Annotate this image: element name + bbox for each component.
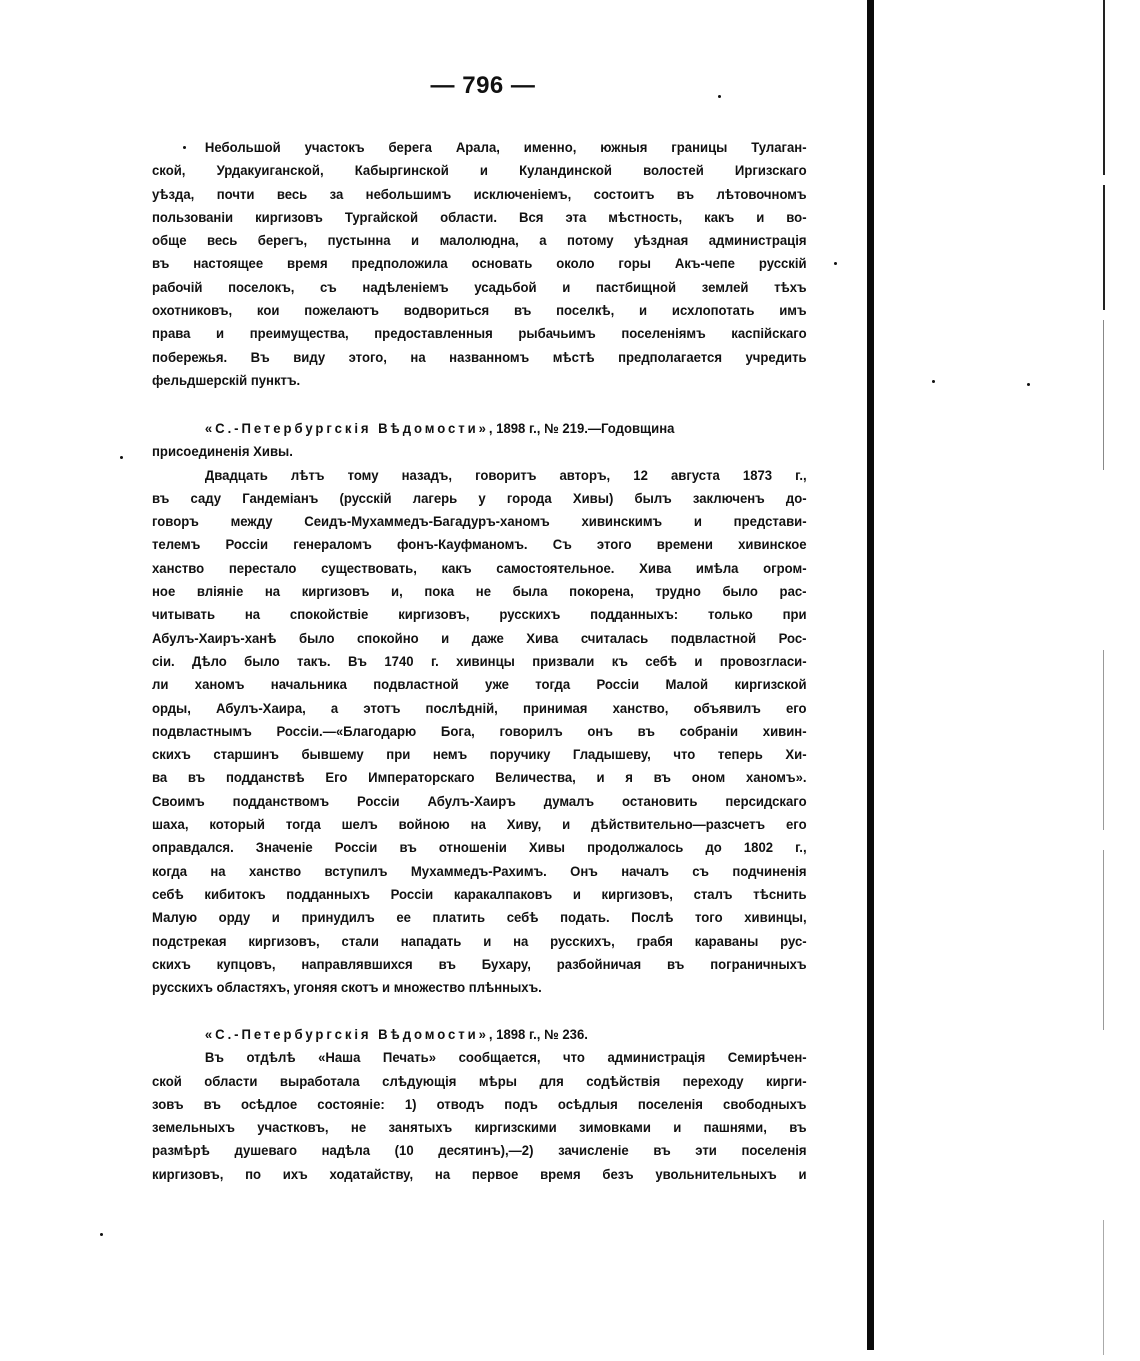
- word: 12: [633, 464, 648, 487]
- word: началъ: [621, 860, 669, 883]
- newspaper-title: «С.-Петербургскія Вѣдомости»: [205, 1027, 489, 1042]
- word: уѣздная: [634, 229, 688, 252]
- word: Послѣ: [631, 906, 673, 929]
- page-gutter-rule: [867, 0, 874, 1350]
- word: русскихъ,: [550, 930, 615, 953]
- text-line: шаха,которыйтогдашелъвойноюнаХиву,идѣйст…: [152, 813, 807, 836]
- word: его: [786, 813, 807, 836]
- word: въ: [204, 1093, 221, 1116]
- word: имѣла: [696, 557, 739, 580]
- word: и: [216, 322, 224, 345]
- word: скихъ: [152, 743, 191, 766]
- text-line: скихъкупцовъ,направлявшихсявъБухару,разб…: [152, 953, 807, 976]
- word: ханомъ».: [746, 766, 807, 789]
- word: теперь: [718, 743, 763, 766]
- word: ва: [152, 766, 167, 789]
- word: границы: [671, 136, 727, 159]
- word: ли: [152, 673, 168, 696]
- text-line: пользованіикиргизовъТургайскойобласти.Вс…: [152, 206, 807, 229]
- word: Печать»: [383, 1046, 436, 1069]
- word: Акъ-чепе: [675, 252, 735, 275]
- word: и: [441, 627, 449, 650]
- text-line: зовъвъосѣдлоесостояніе:1)отводъподъосѣдл…: [152, 1093, 807, 1116]
- word: киргизскими: [475, 1116, 557, 1139]
- word: зовъ: [152, 1093, 184, 1116]
- scan-speck: [718, 95, 721, 98]
- text-line: размѣрѣдушевагонадѣла(10десятинъ),—2)зач…: [152, 1139, 807, 1162]
- word: Малую: [152, 906, 197, 929]
- word: земельныхъ: [152, 1116, 235, 1139]
- word: (русскій: [340, 487, 392, 510]
- text-line: Двадцатьлѣтътомуназадъ,говоритъавторъ,12…: [152, 464, 807, 487]
- word: съ: [320, 276, 337, 299]
- word: августа: [671, 464, 720, 487]
- word: надѣленіемъ: [362, 276, 448, 299]
- word: зачисленіе: [558, 1139, 629, 1162]
- word: Императорскаго: [368, 766, 474, 789]
- word: для: [539, 1070, 563, 1093]
- word: Урдакуиганской,: [217, 159, 324, 182]
- word: увольнительныхъ: [655, 1163, 776, 1186]
- word: киргизовъ,: [602, 883, 673, 906]
- word: на: [435, 1163, 450, 1186]
- word: генераломъ: [293, 533, 372, 556]
- scan-speck: [183, 146, 186, 149]
- word: поселокъ,: [228, 276, 294, 299]
- word: рабочій: [152, 276, 202, 299]
- text-line: вънастоящеевремяпредположилаосноватьокол…: [152, 252, 807, 275]
- word: ее: [396, 906, 411, 929]
- word: между: [231, 510, 273, 533]
- word: Абулъ-Хаиръ-ханѣ: [152, 627, 276, 650]
- word: и: [639, 299, 647, 322]
- word: существовать,: [321, 557, 417, 580]
- word: состоитъ: [594, 183, 655, 206]
- page-edge-rule: [1103, 0, 1105, 175]
- word: имъ: [779, 299, 806, 322]
- word: поселенія: [742, 1139, 807, 1162]
- word: Россіи: [225, 533, 268, 556]
- word: уѣзда,: [152, 183, 194, 206]
- word: поручику: [490, 743, 551, 766]
- word: продолжалось: [587, 836, 683, 859]
- word: подстрекая: [152, 930, 226, 953]
- word: и: [694, 510, 702, 533]
- word: слѣдующія: [382, 1070, 456, 1093]
- word: говорилъ: [499, 720, 562, 743]
- word: огром-: [763, 557, 806, 580]
- word: вліяніе: [197, 580, 243, 603]
- word: въ: [399, 836, 416, 859]
- word: рас-: [780, 580, 807, 603]
- word: зимовками: [579, 1116, 651, 1139]
- page-number: — 796 —: [0, 72, 966, 100]
- text-line: ханствопересталосуществовать,какъсамосто…: [152, 557, 807, 580]
- text-line: читыватьнаспокойствіекиргизовъ,русскихъп…: [152, 603, 807, 626]
- text-line: когданаханствовступилъМухаммедъ-Рахимъ.О…: [152, 860, 807, 883]
- text-line: земельныхъучастковъ,незанятыхъкиргизским…: [152, 1116, 807, 1139]
- word: пашнями,: [704, 1116, 767, 1139]
- word: Малой: [665, 673, 708, 696]
- word: ихъ: [283, 1163, 308, 1186]
- word: этого,: [349, 346, 387, 369]
- scan-speck: [120, 456, 123, 459]
- word: ской,: [152, 159, 185, 182]
- word: подать.: [560, 906, 610, 929]
- word: киргизовъ,: [248, 930, 319, 953]
- word: Дѣло: [192, 650, 227, 673]
- page-edge-rule: [1103, 185, 1105, 310]
- word: участковъ,: [257, 1116, 328, 1139]
- word: вступилъ: [324, 860, 387, 883]
- word: подчиненія: [732, 860, 806, 883]
- word: а: [331, 697, 338, 720]
- word: и: [798, 1163, 806, 1186]
- word: малолюдна,: [440, 229, 519, 252]
- word: лагерь: [413, 487, 457, 510]
- word: осѣдлыя: [558, 1093, 618, 1116]
- word: преимущества,: [250, 322, 349, 345]
- word: берега: [388, 136, 431, 159]
- word: по: [245, 1163, 261, 1186]
- word: представи-: [734, 510, 807, 533]
- article-heading: «С.-Петербургскія Вѣдомости», 1898 г., №…: [152, 417, 807, 440]
- word: провозгласи-: [720, 650, 807, 673]
- word: войною: [399, 813, 450, 836]
- word: тому: [348, 464, 379, 487]
- word: охотниковъ,: [152, 299, 232, 322]
- text-line: русскихъ областяхъ, угоняя скотъ и множе…: [152, 976, 807, 999]
- word: считалась: [581, 627, 648, 650]
- word: ходатайству,: [329, 1163, 413, 1186]
- word: шаха,: [152, 813, 188, 836]
- word: на: [513, 930, 528, 953]
- word: ской: [152, 1070, 182, 1093]
- word: бывшему: [301, 743, 363, 766]
- word: поселенія: [638, 1093, 703, 1116]
- word: хивин-: [763, 720, 807, 743]
- word: себѣ: [507, 906, 539, 929]
- word: Бога,: [441, 720, 475, 743]
- word: названномъ: [449, 346, 529, 369]
- word: въ: [638, 720, 655, 743]
- word: водвориться: [404, 299, 490, 322]
- word: было: [722, 580, 757, 603]
- word: киргизовъ: [255, 206, 323, 229]
- word: этого: [597, 533, 632, 556]
- word: подданныхъ: [286, 883, 370, 906]
- word: въ: [152, 487, 169, 510]
- word: Двадцать: [205, 464, 268, 487]
- word: тѣхъ: [774, 276, 807, 299]
- word: виду: [293, 346, 325, 369]
- text-line: общевесьберегъ,пустыннаималолюдна,апотом…: [152, 229, 807, 252]
- word: каракалпаковъ: [454, 883, 552, 906]
- word: остановить: [622, 790, 697, 813]
- word: подвластной: [671, 627, 756, 650]
- word: авторъ,: [559, 464, 610, 487]
- word: разбойничая: [557, 953, 641, 976]
- word: и: [411, 229, 419, 252]
- word: подданныхъ:: [590, 603, 678, 626]
- word: спокойствіе: [290, 603, 368, 626]
- word: орду: [219, 906, 250, 929]
- word: трудно: [655, 580, 701, 603]
- word: кои: [257, 299, 279, 322]
- word: кибитокъ: [204, 883, 265, 906]
- word: Хива: [639, 557, 671, 580]
- word: Небольшой: [205, 136, 281, 159]
- word: его: [786, 697, 807, 720]
- text-line: ской,Урдакуиганской,КабыргинскойиКуланди…: [152, 159, 807, 182]
- text-line: подстрекаякиргизовъ,сталинападатьинарусс…: [152, 930, 807, 953]
- newspaper-title: «С.-Петербургскія Вѣдомости»: [205, 421, 489, 436]
- word: переходу: [683, 1070, 744, 1093]
- word: покорена,: [569, 580, 634, 603]
- word: что: [563, 1046, 585, 1069]
- word: на: [410, 346, 425, 369]
- word: грабя: [637, 930, 673, 953]
- word: Кабыргинской: [355, 159, 449, 182]
- word: говоръ: [152, 510, 199, 533]
- word: состояніе:: [317, 1093, 384, 1116]
- word: на: [471, 813, 486, 836]
- text-line: НебольшойучастокъберегаАрала,именно,южны…: [152, 136, 807, 159]
- word: и: [694, 650, 702, 673]
- word: безъ: [602, 1163, 633, 1186]
- word: Мухаммедъ-Рахимъ.: [411, 860, 547, 883]
- issue-info: , 1898 г., № 219.—Годовщина: [489, 421, 675, 436]
- word: немъ: [433, 743, 467, 766]
- word: Въ: [251, 346, 270, 369]
- word: орды,: [152, 697, 191, 720]
- word: хивинцы: [456, 650, 515, 673]
- text-line: скихъстаршинъбывшемупринемъпоручикуГлады…: [152, 743, 807, 766]
- text-line: рабочійпоселокъ,сънадѣленіемъусадьбойипа…: [152, 276, 807, 299]
- text-line: фельдшерскій пунктъ.: [152, 369, 807, 392]
- word: времени: [657, 533, 713, 556]
- word: уже: [485, 673, 509, 696]
- word: хивинцы,: [744, 906, 806, 929]
- word: небольшимъ: [366, 183, 452, 206]
- scan-speck: [1027, 383, 1030, 386]
- text-line: сіи.Дѣлобылотакъ.Въ1740г.хивинцыпризвали…: [152, 650, 807, 673]
- word: собраніи: [680, 720, 738, 743]
- word: 1873: [743, 464, 772, 487]
- word: было: [299, 627, 334, 650]
- word: сталъ: [694, 883, 733, 906]
- word: фонъ-Кауфманомъ.: [397, 533, 528, 556]
- word: участокъ: [305, 136, 365, 159]
- word: на: [265, 580, 280, 603]
- word: горы: [618, 252, 651, 275]
- word: Арала,: [456, 136, 500, 159]
- word: почти: [217, 183, 255, 206]
- word: киргизовъ: [302, 580, 370, 603]
- word: за: [330, 183, 344, 206]
- word: Хивы: [529, 836, 565, 859]
- word: Его: [325, 766, 347, 789]
- word: у: [478, 487, 485, 510]
- word: пастбищной: [596, 276, 676, 299]
- scan-speck: [834, 262, 837, 265]
- word: Сеидъ-Мухаммедъ-Багадуръ-ханомъ: [304, 510, 549, 533]
- word: побережья.: [152, 346, 227, 369]
- word: даже: [472, 627, 504, 650]
- word: мѣстность,: [608, 206, 682, 229]
- article-heading: «С.-Петербургскія Вѣдомости», 1898 г., №…: [152, 1023, 807, 1046]
- page-edge-rule: [1103, 850, 1104, 1030]
- word: около: [556, 252, 594, 275]
- word: подвластной: [373, 673, 458, 696]
- word: ханство,: [613, 697, 669, 720]
- word: въ: [439, 953, 456, 976]
- word: караваны: [695, 930, 759, 953]
- word: старшинъ: [213, 743, 279, 766]
- word: который: [209, 813, 265, 836]
- word: а: [539, 229, 546, 252]
- text-line: оправдался.ЗначеніеРоссіивъотношеніиХивы…: [152, 836, 807, 859]
- issue-info: , 1898 г., № 236.: [489, 1027, 588, 1042]
- word: при: [386, 743, 410, 766]
- word: принимая: [523, 697, 587, 720]
- word: къ: [612, 650, 628, 673]
- article-heading-cont: присоединенія Хивы.: [152, 440, 807, 463]
- line-text: присоединенія Хивы.: [152, 440, 293, 463]
- word: подданствомъ: [233, 790, 329, 813]
- word: предполагается: [618, 346, 722, 369]
- word: была: [513, 580, 548, 603]
- scan-speck: [100, 1233, 103, 1236]
- word: читывать: [152, 603, 215, 626]
- word: исхлопотать: [672, 299, 755, 322]
- article-khiva-anniversary: «С.-Петербургскія Вѣдомости», 1898 г., №…: [152, 417, 807, 999]
- text-line: ноевліяніенакиргизовъи,поканебылапокорен…: [152, 580, 807, 603]
- word: обще: [152, 229, 186, 252]
- word: усадьбой: [474, 276, 536, 299]
- word: Вся: [519, 206, 543, 229]
- word: размѣрѣ: [152, 1139, 210, 1162]
- text-line: киргизовъ,поихъходатайству,напервоевремя…: [152, 1163, 807, 1186]
- word: содѣйствія: [586, 1070, 660, 1093]
- word: сообщается,: [459, 1046, 541, 1069]
- word: Россіи: [357, 790, 400, 813]
- text-line: себѣкибитокъподданныхъРоссіикаракалпаков…: [152, 883, 807, 906]
- word: Абулъ-Хаиръ: [427, 790, 515, 813]
- word: дѣйствительно—разсчетъ: [591, 813, 765, 836]
- word: въ: [188, 766, 205, 789]
- word: пустынна: [328, 229, 391, 252]
- word: направлявшихся: [301, 953, 412, 976]
- word: потому: [567, 229, 614, 252]
- word: Хива: [526, 627, 558, 650]
- word: весь: [277, 183, 307, 206]
- word: Хиву,: [507, 813, 542, 836]
- word: киргизской: [734, 673, 806, 696]
- word: въ: [514, 299, 531, 322]
- line-text: фельдшерскій пунктъ.: [152, 369, 300, 392]
- word: и: [673, 1116, 681, 1139]
- word: администрація: [607, 1046, 705, 1069]
- text-line: побережья.Въвидуэтого,наназванномъмѣстѣп…: [152, 346, 807, 369]
- word: онъ: [587, 720, 613, 743]
- word: и: [562, 813, 570, 836]
- word: начальника: [271, 673, 347, 696]
- word: того: [695, 906, 723, 929]
- word: когда: [152, 860, 187, 883]
- word: Россіи: [391, 883, 434, 906]
- word: Въ: [348, 650, 367, 673]
- word: и: [272, 906, 280, 929]
- word: Куландинской: [519, 159, 612, 182]
- word: въ: [789, 1116, 806, 1139]
- word: въ: [667, 953, 684, 976]
- word: спокойно: [357, 627, 419, 650]
- word: настоящее: [193, 252, 263, 275]
- word: киргизовъ,: [398, 603, 469, 626]
- word: города: [507, 487, 552, 510]
- word: не: [476, 580, 491, 603]
- word: не: [351, 1116, 366, 1139]
- text-line: праваипреимущества,предоставленныярыбачь…: [152, 322, 807, 345]
- word: говоритъ: [475, 464, 536, 487]
- word: объявилъ: [694, 697, 761, 720]
- text-line: охотниковъ,коипожелаютъводворитьсявъпосе…: [152, 299, 807, 322]
- word: Рос-: [779, 627, 807, 650]
- word: учредить: [745, 346, 806, 369]
- text-line: телемъРоссіигенераломъфонъ-Кауфманомъ.Съ…: [152, 533, 807, 556]
- word: волостей: [643, 159, 704, 182]
- word: «Наша: [318, 1046, 360, 1069]
- word: саду: [190, 487, 221, 510]
- page-edge-rule: [1103, 1220, 1104, 1355]
- word: время: [287, 252, 328, 275]
- word: назадъ,: [402, 464, 452, 487]
- word: области: [204, 1070, 257, 1093]
- word: тогда: [286, 813, 321, 836]
- word: въ: [677, 183, 694, 206]
- word: Семирѣчен-: [728, 1046, 807, 1069]
- word: платить: [433, 906, 486, 929]
- word: берегъ,: [258, 229, 307, 252]
- word: Россіи: [596, 673, 639, 696]
- word: и: [597, 766, 605, 789]
- word: надѣла: [322, 1139, 370, 1162]
- word: рус-: [780, 930, 806, 953]
- word: Въ: [205, 1046, 224, 1069]
- word: съ: [692, 860, 709, 883]
- word: этотъ: [363, 697, 400, 720]
- text-line: Въотдѣлѣ«НашаПечать»сообщается,чтоадмини…: [152, 1046, 807, 1069]
- word: хивинскимъ: [581, 510, 662, 533]
- word: весь: [207, 229, 237, 252]
- word: Иргизскаго: [735, 159, 807, 182]
- word: и: [756, 206, 764, 229]
- word: предоставленныя: [374, 322, 493, 345]
- word: Тургайской: [345, 206, 418, 229]
- word: оправдался.: [152, 836, 234, 859]
- word: отношеніи: [439, 836, 507, 859]
- word: осѣдлое: [241, 1093, 297, 1116]
- word: 1802: [744, 836, 773, 859]
- word: самостоятельное.: [496, 557, 614, 580]
- word: и: [480, 159, 488, 182]
- word: Своимъ: [152, 790, 205, 813]
- word: каспійскаго: [731, 322, 806, 345]
- word: я: [625, 766, 633, 789]
- word: исключеніемъ,: [474, 183, 572, 206]
- word: подвластнымъ: [152, 720, 252, 743]
